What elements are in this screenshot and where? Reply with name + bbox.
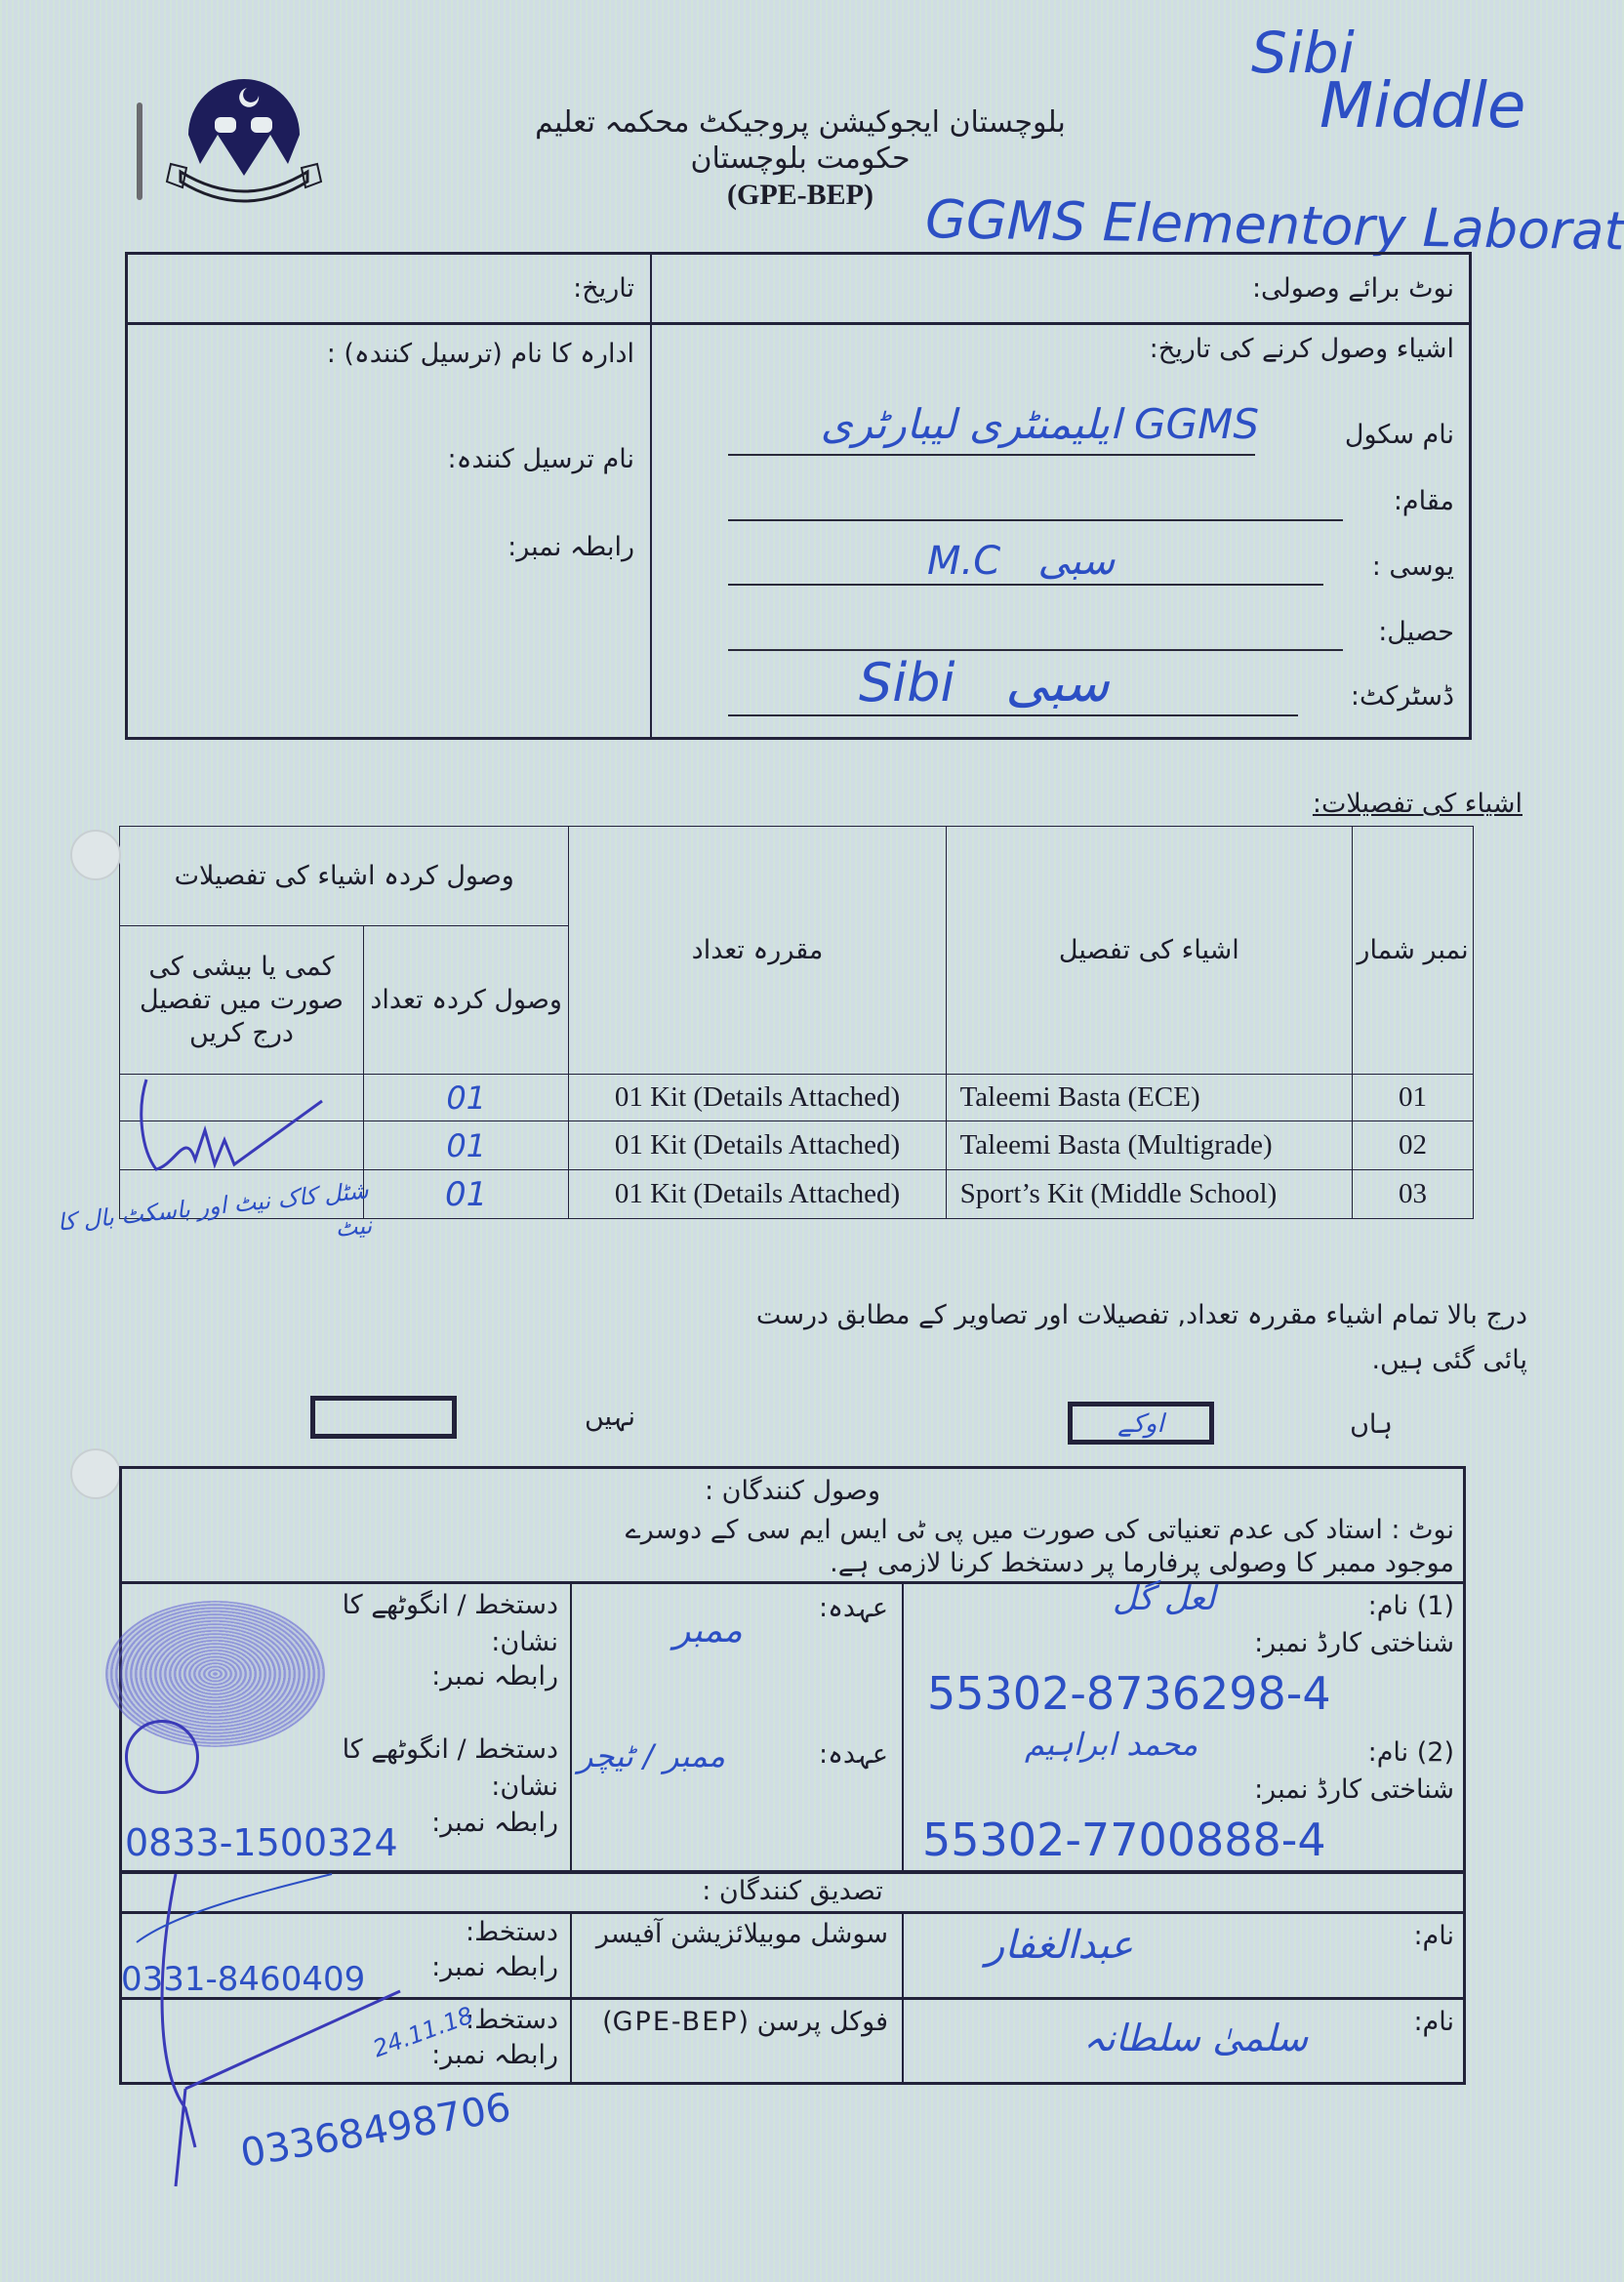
handwritten-remark: شٹل کاک نیٹ اور باسکٹ بال کا نیٹ	[56, 1172, 374, 1275]
uc-value[interactable]: M.C سبی	[927, 539, 1115, 584]
member1-name-label: (1) نام:	[1269, 1591, 1454, 1621]
divider	[570, 1911, 572, 2085]
prescribed-qty-cell: 01 Kit (Details Attached)	[569, 1075, 946, 1121]
items-receipt-date-label: اشیاء وصول کرنے کی تاریخ:	[664, 334, 1454, 364]
member2-designation-label: عہدہ:	[781, 1739, 888, 1770]
punch-hole	[70, 830, 121, 880]
thumbprint	[105, 1601, 325, 1747]
member2-signature-label: دستخط / انگوٹھے کا نشان:	[293, 1732, 558, 1806]
note-for-receipt-label: نوٹ برائے وصولی:	[664, 273, 1454, 304]
divider	[125, 322, 1472, 325]
prescribed-qty-cell: 01 Kit (Details Attached)	[569, 1170, 946, 1219]
school-name-underline	[728, 454, 1255, 456]
member2-designation-value[interactable]: ممبر / ٹیچر	[578, 1737, 725, 1774]
district-value[interactable]: Sibi سبی	[859, 652, 1110, 713]
received-group-header: وصول کردہ اشیاء کی تفصیلات	[120, 827, 569, 926]
verifier2-name-label: نام:	[1366, 2007, 1454, 2037]
received-qty-cell[interactable]: 01	[363, 1075, 569, 1121]
received-qty-cell[interactable]: 01	[363, 1121, 569, 1170]
serial-cell: 01	[1353, 1075, 1474, 1121]
serial-cell: 03	[1353, 1170, 1474, 1219]
member1-cnic-label: شناختی کارڈ نمبر:	[1074, 1628, 1454, 1658]
divider	[119, 1581, 1466, 1584]
uc-label: یوسی :	[1327, 551, 1454, 582]
member2-signature-circle	[125, 1720, 199, 1794]
verifier1-name-value[interactable]: عبدالغفار	[986, 1923, 1133, 1968]
member1-contact-label: رابطہ نمبر:	[293, 1661, 558, 1691]
no-label: نہیں	[556, 1402, 664, 1432]
sender-contact-label: رابطہ نمبر:	[146, 532, 634, 562]
tehsil-label: حصیل:	[1347, 617, 1454, 647]
prescribed-qty-cell: 01 Kit (Details Attached)	[569, 1121, 946, 1170]
receivers-title: وصول کنندگان :	[119, 1476, 1466, 1506]
sender-name-label: نام ترسیل کنندہ:	[146, 444, 634, 474]
header-title-line2: حکومت بلوچستان	[429, 142, 1171, 176]
receipt-note-box	[125, 252, 1472, 740]
no-checkbox[interactable]	[310, 1396, 457, 1439]
government-emblem-logo	[161, 66, 327, 208]
serial-cell: 02	[1353, 1121, 1474, 1170]
item-detail-cell: Taleemi Basta (ECE)	[946, 1075, 1352, 1121]
member1-cnic-value[interactable]: 55302-8736298-4	[927, 1667, 1331, 1720]
location-label: مقام:	[1347, 486, 1454, 516]
institution-name-label: ادارہ کا نام (ترسیل کنندہ) :	[146, 334, 634, 375]
verifier1-role: سوشل موبیلائزیشن آفیسر	[586, 1917, 888, 1952]
member2-name-label: (2) نام:	[1269, 1737, 1454, 1768]
receivers-note-line1: نوٹ : استاد کی عدم تعنیاتی کی صورت میں پ…	[137, 1515, 1454, 1545]
member2-cnic-label: شناختی کارڈ نمبر:	[1074, 1774, 1454, 1805]
member1-signature-label: دستخط / انگوٹھے کا نشان:	[293, 1587, 558, 1661]
shortage-detail-header: کمی یا بیشی کی صورت میں تفصیل درج کریں	[120, 926, 364, 1075]
items-section-title: اشیاء کی تفصیلات:	[1074, 789, 1522, 819]
date-label: تاریخ:	[137, 273, 634, 304]
item-detail-cell: Sport’s Kit (Middle School)	[946, 1170, 1352, 1219]
divider	[570, 1581, 572, 1872]
member1-name-value[interactable]: لعل گل	[1113, 1579, 1215, 1618]
school-name-label: نام سکول	[1269, 420, 1454, 450]
item-detail-cell: Taleemi Basta (Multigrade)	[946, 1121, 1352, 1170]
yes-label: ہاں	[1327, 1409, 1415, 1440]
member2-name-value[interactable]: محمد ابراہیم	[1025, 1726, 1198, 1763]
divider	[902, 1911, 904, 2085]
verifier2-name-value[interactable]: سلمیٰ سلطانہ	[1083, 2017, 1308, 2059]
tehsil-underline	[728, 649, 1343, 651]
divider	[650, 252, 652, 740]
handwritten-middle: Middle	[1319, 70, 1525, 143]
item-detail-header: اشیاء کی تفصیل	[946, 827, 1352, 1075]
emblem-icon	[161, 66, 327, 208]
confirmation-statement-line1: درج بالا تمام اشیاء مقررہ تعداد, تفصیلات…	[98, 1300, 1527, 1330]
verifier1-name-label: نام:	[1366, 1921, 1454, 1951]
school-name-value[interactable]: GGMS ایلیمنٹری لیبارٹری	[712, 400, 1259, 448]
punch-hole	[70, 1448, 121, 1499]
received-qty-header: وصول کردہ تعداد	[363, 926, 569, 1075]
district-label: ڈسٹرکٹ:	[1308, 681, 1454, 712]
yes-mark: اوکے	[1117, 1409, 1163, 1439]
confirmation-statement-line2: پائی گئی ہیں.	[98, 1345, 1527, 1375]
serial-header: نمبر شمار	[1353, 827, 1474, 1075]
member1-designation-value[interactable]: ممبر	[673, 1610, 743, 1650]
receivers-note-line2: موجود ممبر کا وصولی پرفارما پر دستخط کرن…	[137, 1548, 1454, 1578]
binder-mark	[137, 102, 142, 200]
verifier2-role: فوکل پرسن (GPE-BEP)	[586, 2005, 888, 2040]
district-underline	[728, 714, 1298, 716]
yes-checkbox[interactable]: اوکے	[1068, 1402, 1214, 1445]
header-title-line1: بلوچستان ایجوکیشن پروجیکٹ محکمہ تعلیم	[429, 105, 1171, 140]
member2-cnic-value[interactable]: 55302-7700888-4	[922, 1813, 1326, 1866]
received-qty-cell[interactable]: 01	[363, 1170, 569, 1219]
member1-designation-label: عہدہ:	[781, 1593, 888, 1623]
prescribed-qty-header: مقررہ تعداد	[569, 827, 946, 1075]
location-underline	[728, 519, 1343, 521]
divider	[902, 1581, 904, 1872]
uc-underline	[728, 584, 1323, 586]
